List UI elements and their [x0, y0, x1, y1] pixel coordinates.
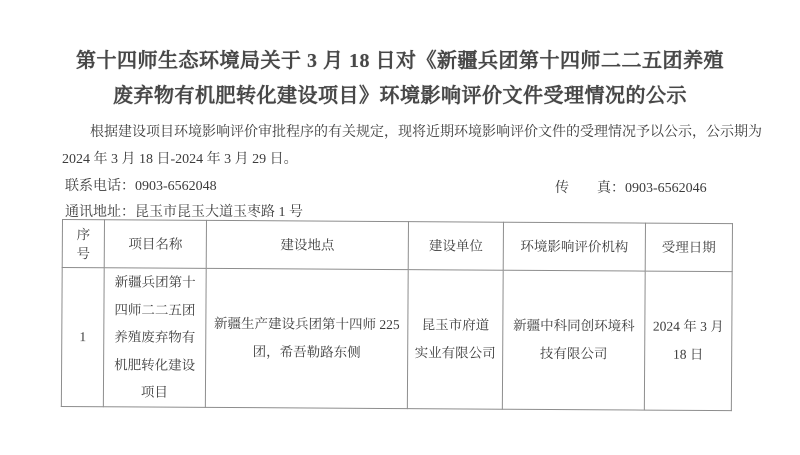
- fax-label: 传 真：: [555, 181, 625, 196]
- header-builder: 建设单位: [408, 222, 503, 271]
- header-seq: 序号: [62, 220, 104, 268]
- phone-label: 联系电话：: [65, 179, 135, 194]
- table-row: 1 新疆兵团第十 四师二二五团 养殖废弃物有 机肥转化建设 项目 新疆生产建设兵…: [61, 268, 732, 411]
- document-page: 第十四师生态环境局关于 3 月 18 日对《新疆兵团第十四师二二五团养殖 废弃物…: [0, 0, 800, 455]
- cell-seq: 1: [61, 268, 104, 407]
- notice-intro-paragraph: 根据建设项目环境影响评价审批程序的有关规定，现将近期环境影响评价文件的受理情况予…: [62, 119, 768, 173]
- cell-builder: 昆玉市府道 实业有限公司: [407, 270, 503, 409]
- fax-block: 传 真：0903-6562046: [555, 179, 707, 199]
- notice-title-line1: 第十四师生态环境局关于 3 月 18 日对《新疆兵团第十四师二二五团养殖: [40, 44, 760, 79]
- header-accept-date: 受理日期: [645, 223, 732, 272]
- fax-number: 0903-6562046: [625, 181, 707, 196]
- acceptance-table-wrapper: 序号 项目名称 建设地点 建设单位 环境影响评价机构 受理日期 1 新疆兵团第十…: [61, 219, 733, 411]
- address-value: 昆玉市昆玉大道玉枣路 1 号: [135, 205, 303, 220]
- header-eia-agency: 环境影响评价机构: [503, 222, 645, 271]
- cell-eia-agency: 新疆中科同创环境科 技有限公司: [502, 270, 645, 409]
- notice-title: 第十四师生态环境局关于 3 月 18 日对《新疆兵团第十四师二二五团养殖 废弃物…: [40, 44, 760, 114]
- header-project-name: 项目名称: [104, 220, 206, 269]
- phone-number: 0903-6562048: [135, 179, 217, 194]
- cell-accept-date: 2024 年 3 月 18 日: [644, 271, 732, 410]
- cell-project-name: 新疆兵团第十 四师二二五团 养殖废弃物有 机肥转化建设 项目: [103, 268, 206, 407]
- notice-title-line2: 废弃物有机肥转化建设项目》环境影响评价文件受理情况的公示: [40, 79, 760, 114]
- address-label: 通讯地址：: [65, 205, 135, 220]
- intro-line1: 根据建设项目环境影响评价审批程序的有关规定，现将近期环境影响评价文件的受理情况予…: [62, 119, 768, 146]
- acceptance-table: 序号 项目名称 建设地点 建设单位 环境影响评价机构 受理日期 1 新疆兵团第十…: [61, 219, 733, 411]
- cell-location: 新疆生产建设兵团第十四师 225 团，希吾勒路东侧: [205, 268, 408, 408]
- table-header-row: 序号 项目名称 建设地点 建设单位 环境影响评价机构 受理日期: [62, 220, 732, 272]
- header-location: 建设地点: [206, 220, 408, 269]
- contact-row: 联系电话：0903-6562048 传 真：0903-6562046: [65, 177, 775, 197]
- intro-line2: 2024 年 3 月 18 日-2024 年 3 月 29 日。: [62, 146, 768, 173]
